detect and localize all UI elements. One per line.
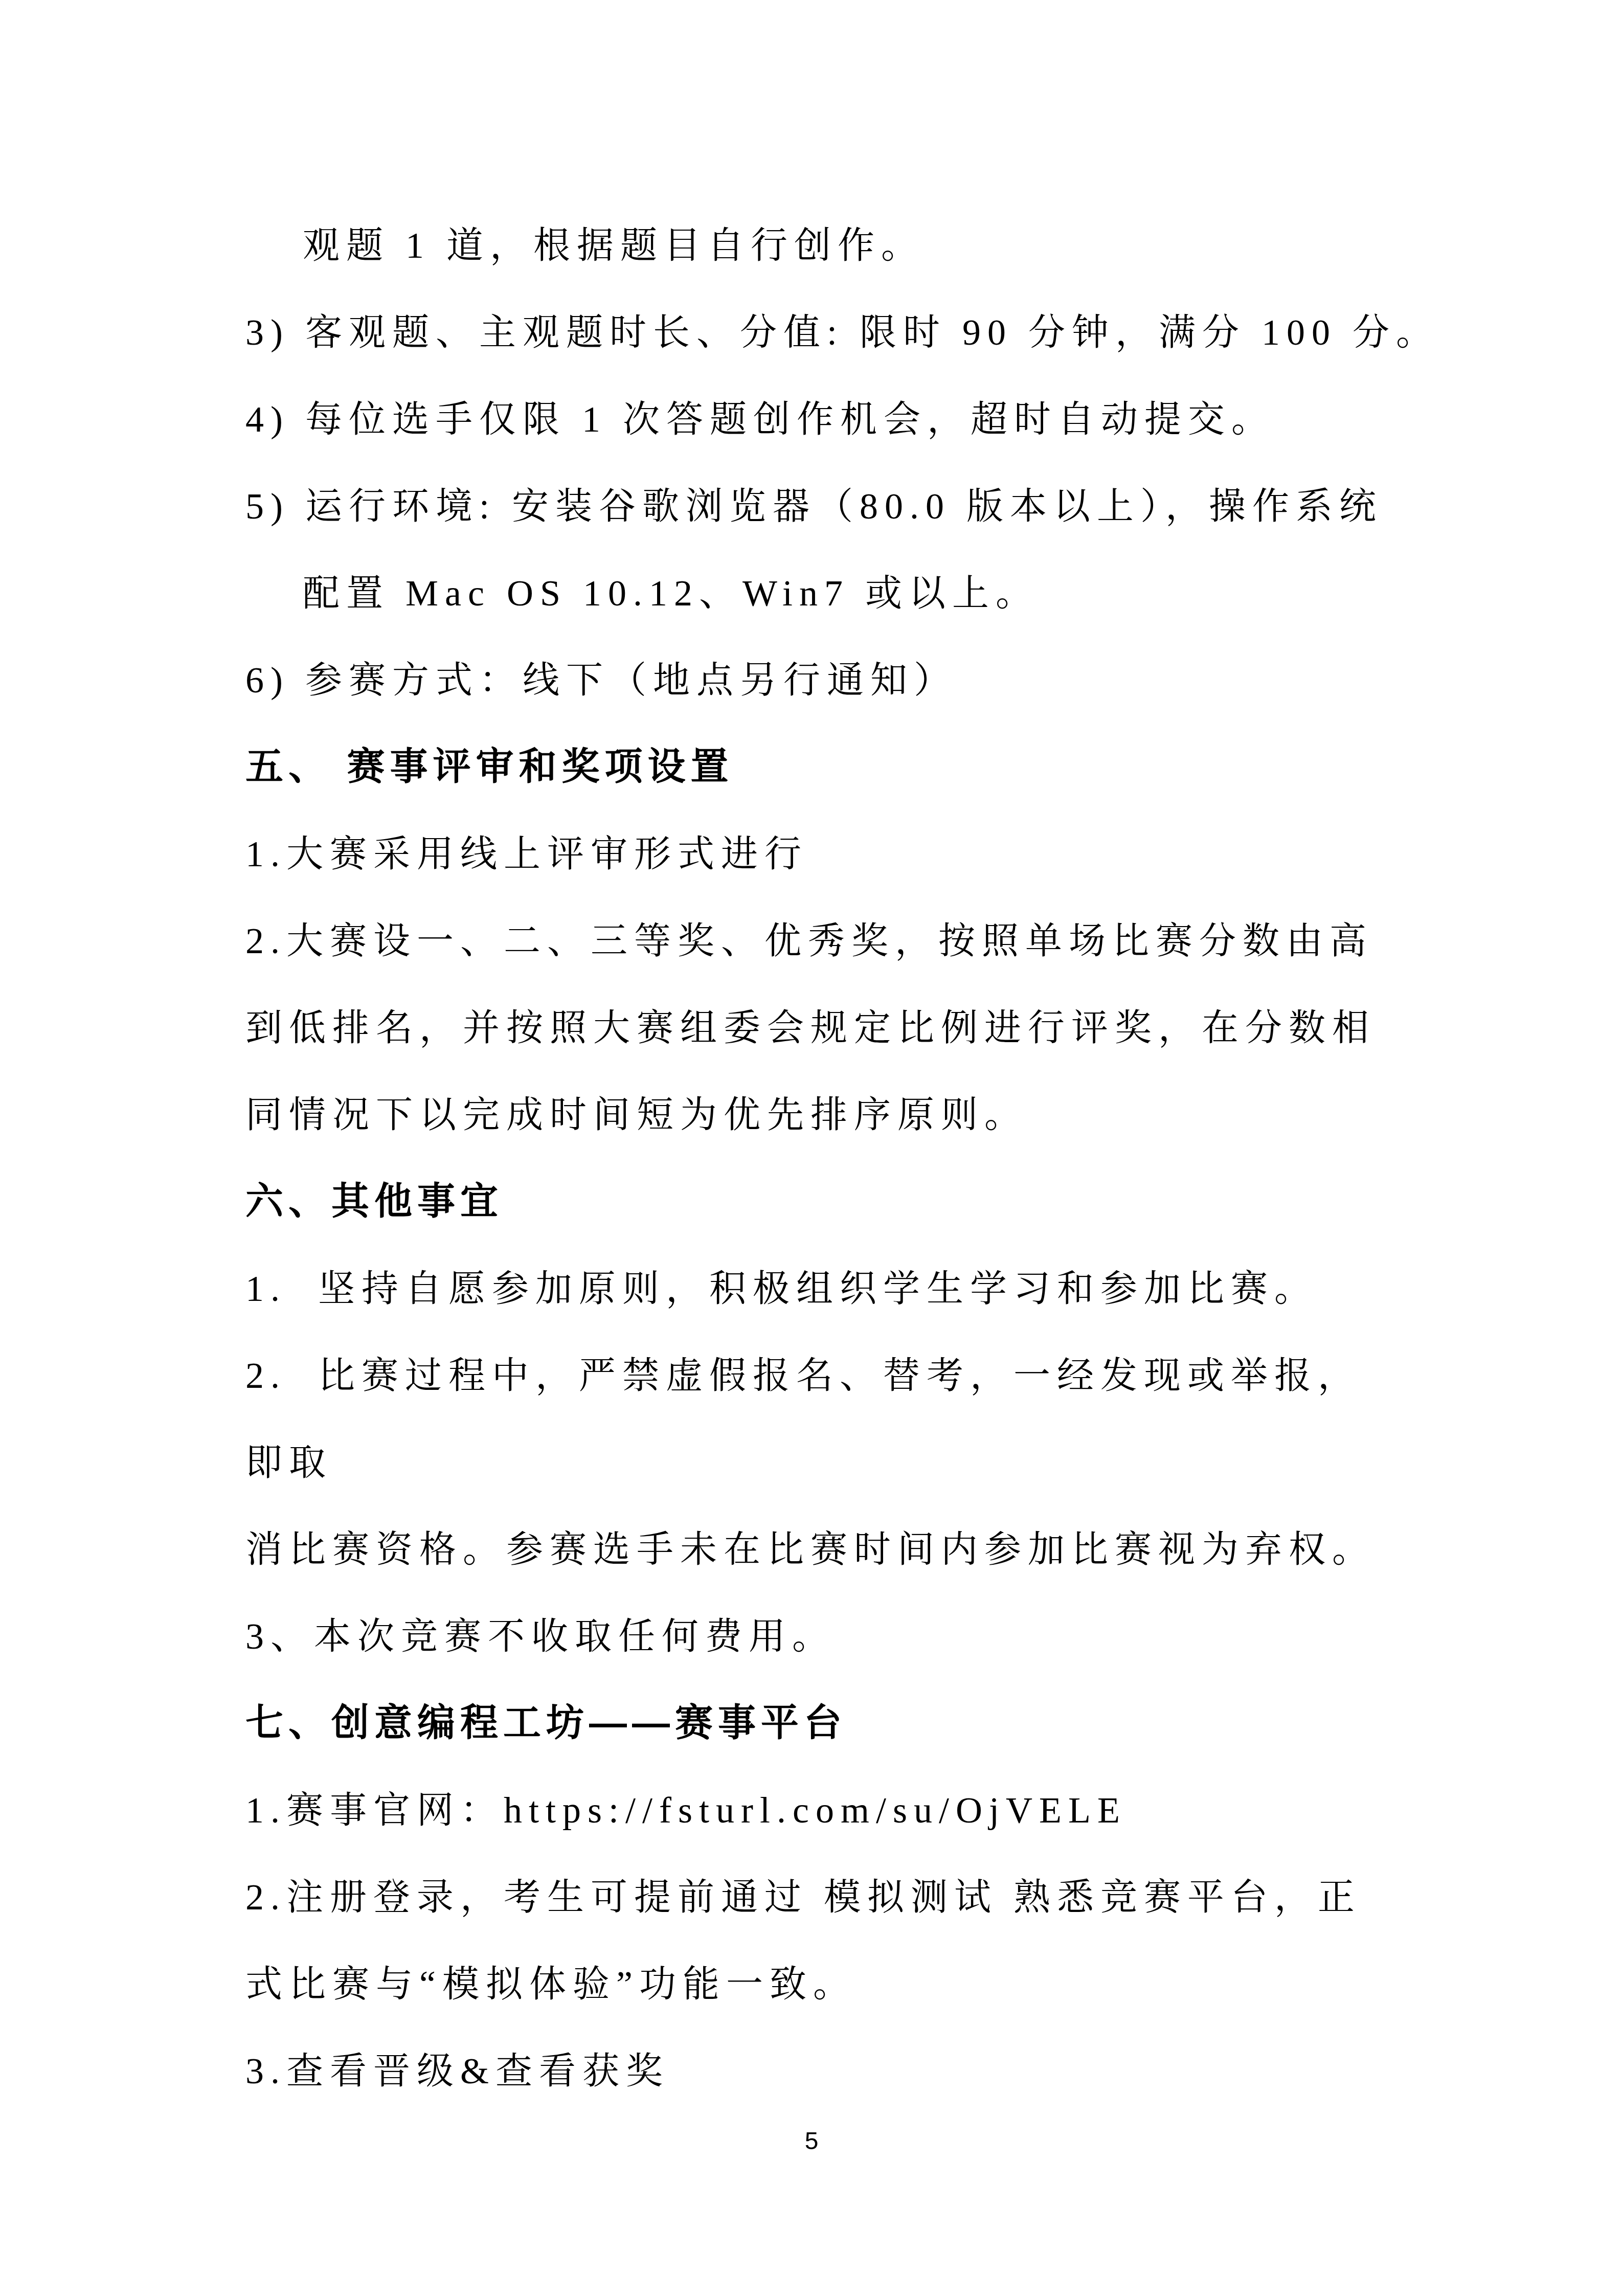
text-line: 6) 参赛方式：线下（地点另行通知）	[0, 633, 1623, 720]
text-line: 2.大赛设一、二、三等奖、优秀奖，按照单场比赛分数由高	[0, 894, 1623, 981]
section-heading: 五、 赛事评审和奖项设置	[0, 720, 1623, 807]
document-body: 观题 1 道，根据题目自行创作。 3) 客观题、主观题时长、分值: 限时 90 …	[0, 198, 1623, 2111]
section-heading: 七、创意编程工坊——赛事平台	[0, 1676, 1623, 1763]
page-number: 5	[0, 2127, 1623, 2155]
text-line: 2.注册登录，考生可提前通过 模拟测试 熟悉竞赛平台，正	[0, 1850, 1623, 1937]
text-line: 1.大赛采用线上评审形式进行	[0, 807, 1623, 894]
text-line: 1.赛事官网：https://fsturl.com/su/OjVELE	[0, 1763, 1623, 1850]
text-line: 即取	[0, 1415, 1623, 1502]
text-line: 5) 运行环境: 安装谷歌浏览器（80.0 版本以上），操作系统	[0, 459, 1623, 546]
text-line: 3.查看晋级&查看获奖	[0, 2024, 1623, 2111]
text-line: 消比赛资格。参赛选手未在比赛时间内参加比赛视为弃权。	[0, 1502, 1623, 1589]
text-line: 配置 Mac OS 10.12、Win7 或以上。	[0, 546, 1623, 633]
document-page: 观题 1 道，根据题目自行创作。 3) 客观题、主观题时长、分值: 限时 90 …	[0, 0, 1623, 2296]
text-line: 2. 比赛过程中，严禁虚假报名、替考，一经发现或举报，	[0, 1329, 1623, 1415]
text-line: 3、本次竞赛不收取任何费用。	[0, 1589, 1623, 1676]
text-line: 到低排名，并按照大赛组委会规定比例进行评奖，在分数相	[0, 981, 1623, 1068]
section-heading: 六、其他事宜	[0, 1155, 1623, 1242]
text-line: 式比赛与“模拟体验”功能一致。	[0, 1937, 1623, 2024]
text-line: 1. 坚持自愿参加原则，积极组织学生学习和参加比赛。	[0, 1242, 1623, 1329]
text-line: 3) 客观题、主观题时长、分值: 限时 90 分钟，满分 100 分。	[0, 285, 1623, 372]
text-line: 观题 1 道，根据题目自行创作。	[0, 198, 1623, 285]
text-line: 4) 每位选手仅限 1 次答题创作机会，超时自动提交。	[0, 372, 1623, 459]
text-line: 同情况下以完成时间短为优先排序原则。	[0, 1068, 1623, 1155]
